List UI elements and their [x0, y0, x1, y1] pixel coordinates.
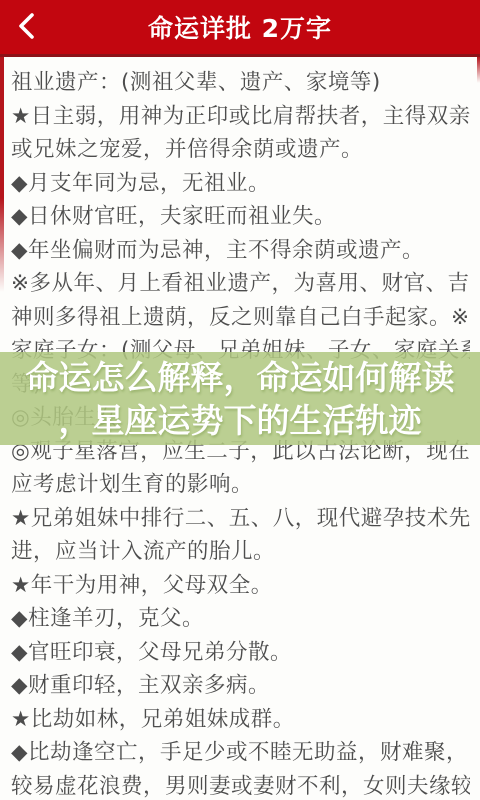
text-line: ◆年坐偏财而为忌神，主不得余荫或遗产。 — [11, 234, 470, 268]
text-line: ★比劫如林，兄弟姐妹成群。 — [11, 703, 470, 737]
text-line: ※多从年、月上看祖业遗产，为喜用、财官、吉 — [11, 267, 470, 301]
text-line: ◆官旺印衰，父母兄弟分散。 — [11, 636, 470, 670]
text-line: 祖业遗产：(测祖父辈、遗产、家境等) — [11, 66, 470, 100]
text-line: 应考虑计划生育的影响。 — [11, 468, 470, 502]
left-edge-red-strip — [0, 57, 4, 292]
header-bar: 命运详批 2万字 — [0, 0, 480, 57]
text-line: ◆财重印轻，主双亲多病。 — [11, 669, 470, 703]
article-title-overlay: 命运怎么解释，命运如何解读 ，星座运势下的生活轨迹 — [0, 352, 480, 445]
page-title: 命运详批 2万字 — [148, 9, 332, 45]
text-line: ★日主弱，用神为正印或比肩帮扶者，主得双亲 — [11, 100, 470, 134]
text-line: ◆月支年同为忌，无祖业。 — [11, 167, 470, 201]
overlay-title-line-1: 命运怎么解释，命运如何解读 — [26, 356, 455, 399]
text-line: ◆柱逢羊刃，克父。 — [11, 602, 470, 636]
text-line: ★兄弟姐妹中排行二、五、八，现代避孕技术先 — [11, 502, 470, 536]
text-line: 较易虚花浪费，男则妻或妻财不利，女则夫缘较 — [11, 770, 470, 800]
text-line: 进，应当计入流产的胎儿。 — [11, 535, 470, 569]
chevron-left-icon — [15, 11, 37, 45]
text-line: ◆比劫逢空亡，手足少或不睦无助益，财难聚， — [11, 736, 470, 770]
text-line: 神则多得祖上遗荫，反之则靠自己白手起家。※ — [11, 301, 470, 335]
back-button[interactable] — [6, 8, 46, 48]
overlay-title-line-2: ，星座运势下的生活轨迹 — [59, 399, 422, 442]
app-screen: 命运详批 2万字 祖业遗产：(测祖父辈、遗产、家境等) ★日主弱，用神为正印或比… — [0, 0, 480, 800]
text-line: ★年干为用神，父母双全。 — [11, 569, 470, 603]
text-line: 或兄妹之宠爱，并倍得余荫或遗产。 — [11, 133, 470, 167]
text-line: ◆日休财官旺，夫家旺而祖业失。 — [11, 200, 470, 234]
